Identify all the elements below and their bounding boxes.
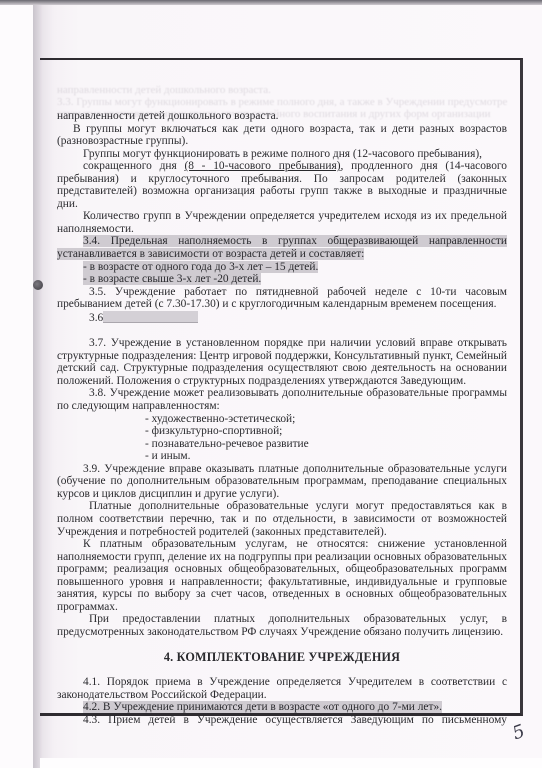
underlined-text: (8 - 10-часового пребывания) <box>184 160 340 172</box>
list-item: - и иным. <box>57 450 507 463</box>
clause-3-9-license: При предоставлении платных дополнительны… <box>57 613 507 638</box>
clause-3-9-paid-services: Платные дополнительные образовательные у… <box>57 500 507 538</box>
highlighted-text: 3.4. Предельная наполняемость в группах … <box>57 235 507 260</box>
clause-3-9-exclusions: К платным образовательным услугам, не от… <box>57 538 507 613</box>
clause-3-4: 3.4. Предельная наполняемость в группах … <box>57 235 507 260</box>
clause-4-3: 4.3. Прием детей в Учреждение осуществля… <box>57 714 507 727</box>
section-heading: 4. КОМПЛЕКТОВАНИЕ УЧРЕЖДЕНИЯ <box>57 651 507 664</box>
blank-line <box>57 324 507 337</box>
paragraph-group-modes-a: Группы могут функционировать в режиме по… <box>57 148 507 161</box>
scan-margin <box>0 0 34 768</box>
paragraph-group-count: Количество групп в Учреждении определяет… <box>57 210 507 235</box>
list-item: - познавательно-речевое развитие <box>57 438 507 451</box>
highlighted-text: - в возрасте от одного года до 3-х лет –… <box>83 261 318 273</box>
clause-3-4-item: - в возрасте свыше 3-х лет -20 детей. <box>57 273 507 286</box>
clause-3-5: 3.5. Учреждение работает по пятидневной … <box>57 286 507 311</box>
clause-3-9: 3.9. Учреждение вправе оказывать платные… <box>57 463 507 501</box>
clause-4-1: 4.1. Порядок приема в Учреждение определ… <box>57 676 507 701</box>
scan-top-edge <box>0 0 542 5</box>
list-item: - физкультурно-спортивной; <box>57 425 507 438</box>
clause-3-4-item: - в возрасте от одного года до 3-х лет –… <box>57 261 507 274</box>
clause-4-2: 4.2. В Учреждение принимаются дети в воз… <box>57 701 507 714</box>
clause-3-6: 3.6 <box>57 311 507 325</box>
paragraph-continuation: направленности детей дошкольного возраст… <box>57 110 507 123</box>
list-item: - художественно-эстетической; <box>57 413 507 426</box>
text-span: сокращенного дня <box>83 160 184 172</box>
redacted-block <box>103 311 198 323</box>
paragraph-mixed-age-groups: В группы могут включаться как дети одног… <box>57 123 507 148</box>
scan-bottom-edge <box>40 758 542 768</box>
clause-3-7: 3.7. Учреждение в установленном порядке … <box>57 337 507 387</box>
paragraph-group-modes-b: сокращенного дня (8 - 10-часового пребыв… <box>57 160 507 210</box>
highlighted-text: - в возрасте свыше 3-х лет -20 детей. <box>83 273 261 285</box>
clause-number: 3.6 <box>89 312 103 324</box>
document-body: направленности детей дошкольного возраст… <box>57 110 507 726</box>
clause-3-8: 3.8. Учреждение может реализовывать допо… <box>57 387 507 412</box>
highlighted-text: 4.2. В Учреждение принимаются дети в воз… <box>83 701 442 713</box>
